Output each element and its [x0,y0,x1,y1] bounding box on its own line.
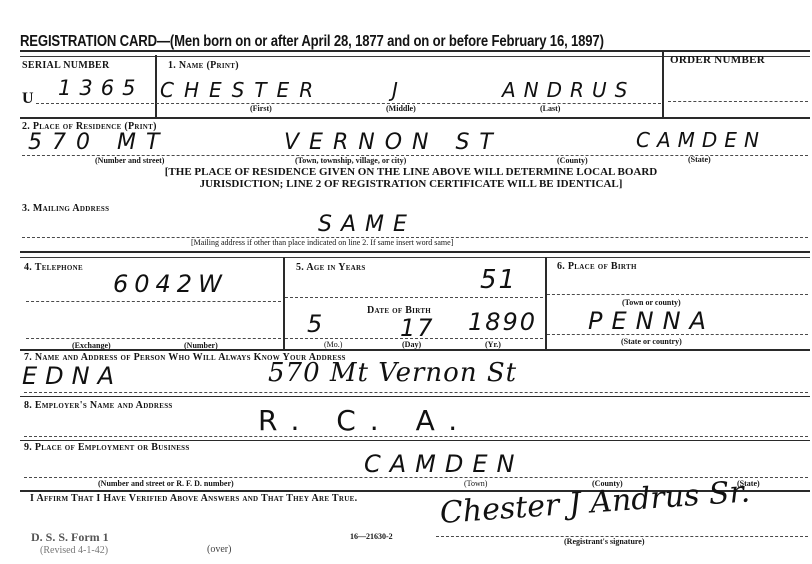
residence-notice-line-1: [THE PLACE OF RESIDENCE GIVEN ON THE LIN… [76,166,746,178]
affirmation-text: I Affirm That I Have Verified Above Answ… [30,493,357,504]
row-rule [20,349,810,351]
form-revised: (Revised 4-1-42) [40,545,108,556]
contact-address: 570 Mt Vernon St [268,358,517,388]
serial-number-value: 1365 [58,76,143,100]
row-rule [20,396,810,397]
name-last: ANDRUS [502,78,635,102]
residence-state: CAMDEN [636,128,766,152]
name-label: 1. Name (Print) [168,60,239,71]
row-rule [20,251,810,258]
employment-town-caption: (Town) [464,479,487,488]
row-rule [20,117,810,119]
print-code: 16—21630-2 [350,532,393,541]
card-title: REGISTRATION CARD—(Men born on or after … [20,33,604,51]
form-number: D. S. S. Form 1 [31,530,109,545]
mailing-address-value: SAME [318,212,416,237]
contact-name: EDNA [22,362,122,390]
mailing-address-caption: [Mailing address if other than place ind… [191,238,453,247]
residence-street: 570 MT [28,130,169,155]
residence-town: VERNON ST [284,130,503,155]
mailing-address-label: 3. Mailing Address [22,203,109,214]
employer-value: R. C. A. [258,404,471,437]
employer-label: 8. Employer's Name and Address [24,400,173,411]
dob-year: 1890 [468,308,537,336]
residence-state-caption: (State) [688,155,711,164]
serial-prefix: U [22,90,34,108]
name-middle: J [392,78,408,102]
dob-month-caption: (Mo.) [324,340,342,349]
telephone-label: 4. Telephone [24,262,83,273]
age-line [285,297,543,298]
telephone-line [26,301,281,302]
divider [662,52,664,118]
name-first: CHESTER [160,78,323,102]
over-indicator: (over) [207,544,231,555]
residence-street-caption: (Number and street) [95,156,164,165]
telephone-value: 6042W [113,270,228,298]
order-number-line [668,101,808,102]
age-value: 51 [480,265,517,295]
serial-number-label: SERIAL NUMBER [22,60,110,71]
telephone-line-2 [26,338,281,339]
serial-number-line [36,103,154,104]
birthplace-state-line [547,334,808,335]
age-label: 5. Age in Years [296,262,366,273]
name-last-caption: (Last) [540,104,560,113]
birthplace-label: 6. Place of Birth [557,261,637,272]
dob-month: 5 [307,310,332,338]
divider [283,257,285,349]
employer-line [24,436,808,437]
divider [155,55,157,118]
signature-caption: (Registrant's signature) [564,537,645,546]
dob-day-caption: (Day) [402,340,421,349]
name-middle-caption: (Middle) [386,104,416,113]
employment-street-caption: (Number and street or R. F. D. number) [98,479,234,488]
residence-county-caption: (County) [557,156,588,165]
dob-line [285,338,543,339]
dob-year-caption: (Yr.) [485,340,501,349]
residence-town-caption: (Town, township, village, or city) [295,156,406,165]
birthplace-state-value: PENNA [588,307,715,335]
birthplace-state-caption: (State or country) [621,337,682,346]
row-rule [20,440,810,441]
name-first-caption: (First) [250,104,272,113]
employment-value: CAMDEN [364,450,523,478]
employment-label: 9. Place of Employment or Business [24,442,190,453]
birthplace-town-line [547,294,808,295]
divider [545,257,547,349]
residence-notice-line-2: JURISDICTION; LINE 2 OF REGISTRATION CER… [76,178,746,190]
order-number-label: ORDER NUMBER [670,54,765,66]
contact-line [24,392,808,393]
birthplace-town-caption: (Town or county) [622,298,681,307]
